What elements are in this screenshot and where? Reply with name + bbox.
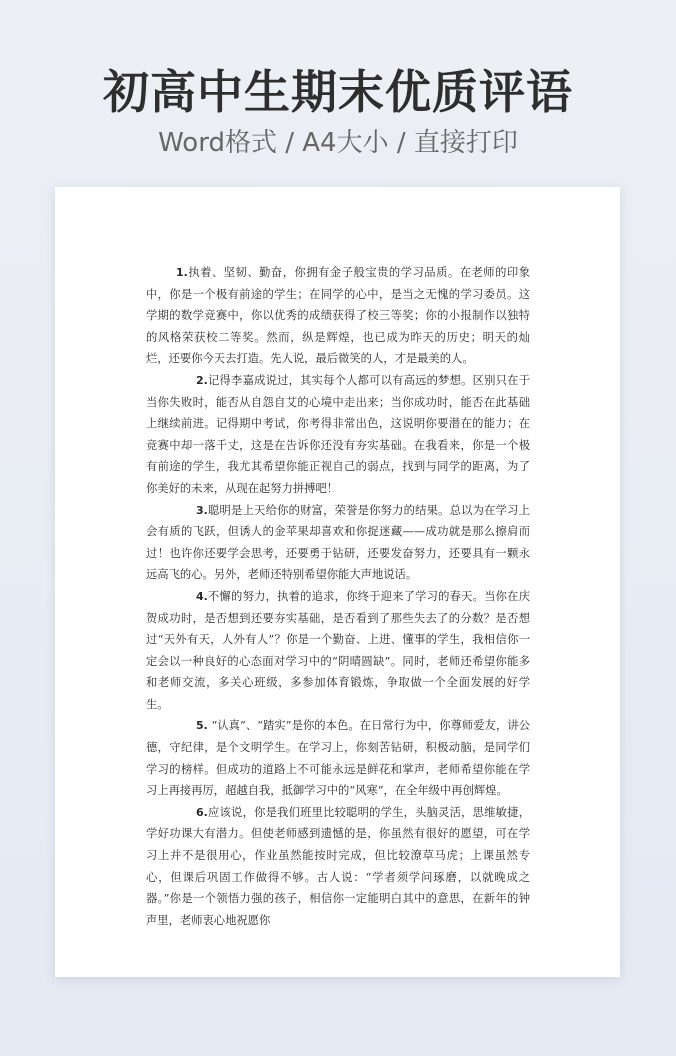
comment-paragraph-5: 5. “认真”、“踏实”是你的本色。在日常行为中，你尊师爱友，讲公德，守纪律，是…	[146, 715, 530, 801]
paragraph-text: 不懈的努力，执着的追求，你终于迎来了学习的春天。当你在庆贺成功时，是否想到还要夯…	[146, 590, 530, 711]
document-body: 1.执着、坚韧、勤奋，你拥有金子般宝贵的学习品质。在老师的印象中，你是一个极有前…	[146, 262, 530, 931]
paragraph-number: 6.	[196, 806, 208, 819]
comment-paragraph-1: 1.执着、坚韧、勤奋，你拥有金子般宝贵的学习品质。在老师的印象中，你是一个极有前…	[146, 262, 530, 370]
comment-paragraph-2: 2.记得李嘉成说过，其实每个人都可以有高远的梦想。区别只在于当你失败时，能否从自…	[146, 370, 530, 500]
paragraph-number: 5.	[196, 719, 208, 732]
comment-paragraph-3: 3.聪明是上天给你的财富，荣誉是你努力的结果。总以为在学习上会有质的飞跃，但诱人…	[146, 500, 530, 586]
comment-paragraph-6: 6.应该说，你是我们班里比较聪明的学生，头脑灵活，思维敏捷，学好功课大有潜力。但…	[146, 802, 530, 932]
paragraph-number: 1.	[176, 266, 188, 279]
document-page: 1.执着、坚韧、勤奋，你拥有金子般宝贵的学习品质。在老师的印象中，你是一个极有前…	[55, 187, 620, 977]
paragraph-number: 4.	[196, 590, 208, 603]
paragraph-text: 执着、坚韧、勤奋，你拥有金子般宝贵的学习品质。在老师的印象中，你是一个极有前途的…	[146, 266, 530, 365]
paragraph-text: 记得李嘉成说过，其实每个人都可以有高远的梦想。区别只在于当你失败时，能否从自怨自…	[146, 374, 530, 495]
paragraph-text: 应该说，你是我们班里比较聪明的学生，头脑灵活，思维敏捷，学好功课大有潜力。但使老…	[146, 806, 530, 927]
page-subtitle: Word格式 / A4大小 / 直接打印	[0, 126, 676, 160]
comment-paragraph-4: 4.不懈的努力，执着的追求，你终于迎来了学习的春天。当你在庆贺成功时，是否想到还…	[146, 586, 530, 716]
paragraph-number: 3.	[196, 504, 208, 517]
page-title: 初高中生期末优质评语	[0, 62, 676, 122]
header: 初高中生期末优质评语 Word格式 / A4大小 / 直接打印	[0, 62, 676, 160]
paragraph-number: 2.	[196, 374, 208, 387]
